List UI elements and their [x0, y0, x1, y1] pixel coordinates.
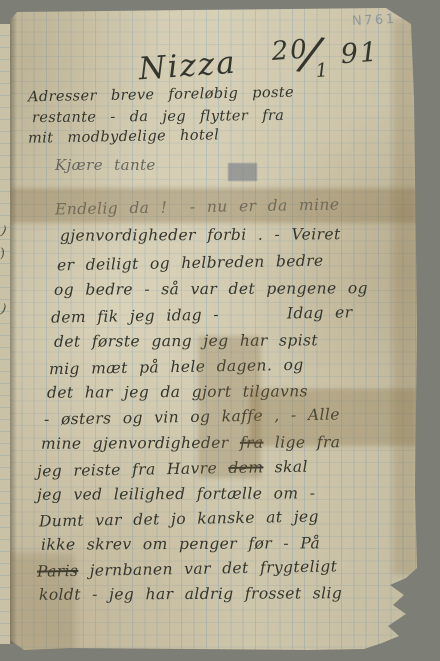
- letter-line-8: det har jeg da gjort tilgavns: [47, 382, 308, 401]
- ink-mark: ): [0, 302, 7, 318]
- line-text: mine gjenvordigheder: [41, 434, 240, 453]
- line-text: jernbanen var det frygteligt: [78, 557, 337, 580]
- struck-word: dem: [228, 458, 263, 477]
- letter-line-3: er deiligt og helbreden bedre: [57, 252, 324, 275]
- letter-line-12: jeg ved leilighed fortælle om -: [37, 484, 316, 503]
- letter-body: Endelig da ! - nu er da mine gjenvordigh…: [10, 8, 417, 650]
- letter-line-7: mig mæt på hele dagen. og: [49, 356, 304, 378]
- document-scan: ) ) ) N761 Nizza 20/191 Adresser breve f…: [0, 0, 440, 661]
- letter-line-6: det første gang jeg har spist: [54, 331, 318, 350]
- letter-line-14: ikke skrev om penger før - På: [41, 534, 320, 553]
- letter-page: N761 Nizza 20/191 Adresser breve foreløb…: [10, 8, 417, 650]
- struck-word: fra: [240, 434, 264, 452]
- letter-line-9: - østers og vin og kaffe , - Alle: [44, 405, 340, 428]
- letter-line-2: gjenvordigheder forbi . - Veiret: [60, 225, 341, 244]
- letter-line-16: koldt - jeg har aldrig frosset slig: [39, 584, 342, 604]
- letter-line-13: Dumt var det jo kanske at jeg: [39, 508, 319, 531]
- letter-line-15: Paris jernbanen var det frygteligt: [37, 557, 338, 580]
- line-text: lige fra: [263, 433, 340, 451]
- line-text: jeg reiste fra Havre: [37, 459, 229, 480]
- letter-line-4: og bedre - så var det pengene og: [54, 279, 368, 299]
- letter-line-1: Endelig da ! - nu er da mine: [55, 196, 340, 219]
- letter-line-11: jeg reiste fra Havre dem skal: [37, 458, 308, 481]
- line-text: skal: [263, 458, 308, 477]
- struck-word: Paris: [37, 562, 79, 581]
- letter-line-10: mine gjenvordigheder fra lige fra: [41, 433, 340, 453]
- ink-mark: ): [0, 224, 8, 240]
- ink-mark: ): [0, 246, 6, 262]
- letter-line-5: dem fik jeg idag - Idag er: [51, 303, 353, 326]
